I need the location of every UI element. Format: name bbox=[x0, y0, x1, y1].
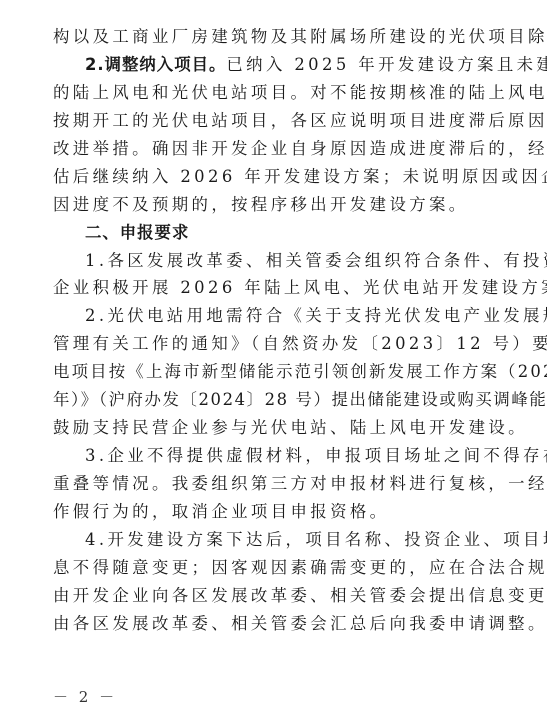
paragraph-line-item-2: 2.调整纳入项目。已纳入 2025 年开发建设方案且未建成投运 bbox=[53, 51, 493, 79]
section-heading-requirements: 二、申报要求 bbox=[53, 219, 493, 247]
paragraph-line: 构以及工商业厂房建筑物及其附属场所建设的光伏项目除外）。 bbox=[53, 23, 493, 51]
paragraph-line: 鼓励支持民营企业参与光伏电站、陆上风电开发建设。 bbox=[53, 414, 493, 442]
paragraph-line: 按期开工的光伏电站项目，各区应说明项目进度滞后原因和后续 bbox=[53, 107, 493, 135]
document-page: 构以及工商业厂房建筑物及其附属场所建设的光伏项目除外）。 2.调整纳入项目。已纳… bbox=[53, 23, 493, 638]
paragraph-line-item-1: 1.各区发展改革委、相关管委会组织符合条件、有投资意愿的 bbox=[53, 247, 493, 275]
item-text: 已纳入 2025 年开发建设方案且未建成投运 bbox=[226, 55, 547, 74]
paragraph-line: 重叠等情况。我委组织第三方对申报材料进行复核，一经发现弄虚 bbox=[53, 470, 493, 498]
paragraph-line-item-4: 4.开发建设方案下达后，项目名称、投资企业、项目场址等信 bbox=[53, 526, 493, 554]
paragraph-line: 管理有关工作的通知》（自然资办发〔2023〕12 号）要求。陆上风 bbox=[53, 330, 493, 358]
paragraph-line: 电项目按《上海市新型储能示范引领创新发展工作方案（2025-2030 bbox=[53, 358, 493, 386]
paragraph-line: 由开发企业向各区发展改革委、相关管委会提出信息变更申请， bbox=[53, 582, 493, 610]
item-title-adjust-projects: 2.调整纳入项目。 bbox=[85, 55, 226, 74]
paragraph-line: 息不得随意变更；因客观因素确需变更的，应在合法合规条件下 bbox=[53, 554, 493, 582]
paragraph-line: 改进举措。确因非开发企业自身原因造成进度滞后的，经组织评 bbox=[53, 135, 493, 163]
paragraph-line: 企业积极开展 2026 年陆上风电、光伏电站开发建设方案申报。 bbox=[53, 274, 493, 302]
paragraph-line-item-2: 2.光伏电站用地需符合《关于支持光伏发电产业发展规划用地 bbox=[53, 302, 493, 330]
page-number: － 2 － bbox=[53, 686, 117, 707]
paragraph-line: 由各区发展改革委、相关管委会汇总后向我委申请调整。 bbox=[53, 610, 493, 638]
paragraph-line: 作假行为的，取消企业项目申报资格。 bbox=[53, 498, 493, 526]
paragraph-line: 年）》（沪府办发〔2024〕28 号）提出储能建设或购买调峰能力方案。 bbox=[53, 386, 493, 414]
paragraph-line: 估后继续纳入 2026 年开发建设方案；未说明原因或因企业自身原 bbox=[53, 163, 493, 191]
paragraph-line-item-3: 3.企业不得提供虚假材料，申报项目场址之间不得存在重复、 bbox=[53, 442, 493, 470]
paragraph-line: 因进度不及预期的，按程序移出开发建设方案。 bbox=[53, 191, 493, 219]
paragraph-line: 的陆上风电和光伏电站项目。对不能按期核准的陆上风电和不能 bbox=[53, 79, 493, 107]
